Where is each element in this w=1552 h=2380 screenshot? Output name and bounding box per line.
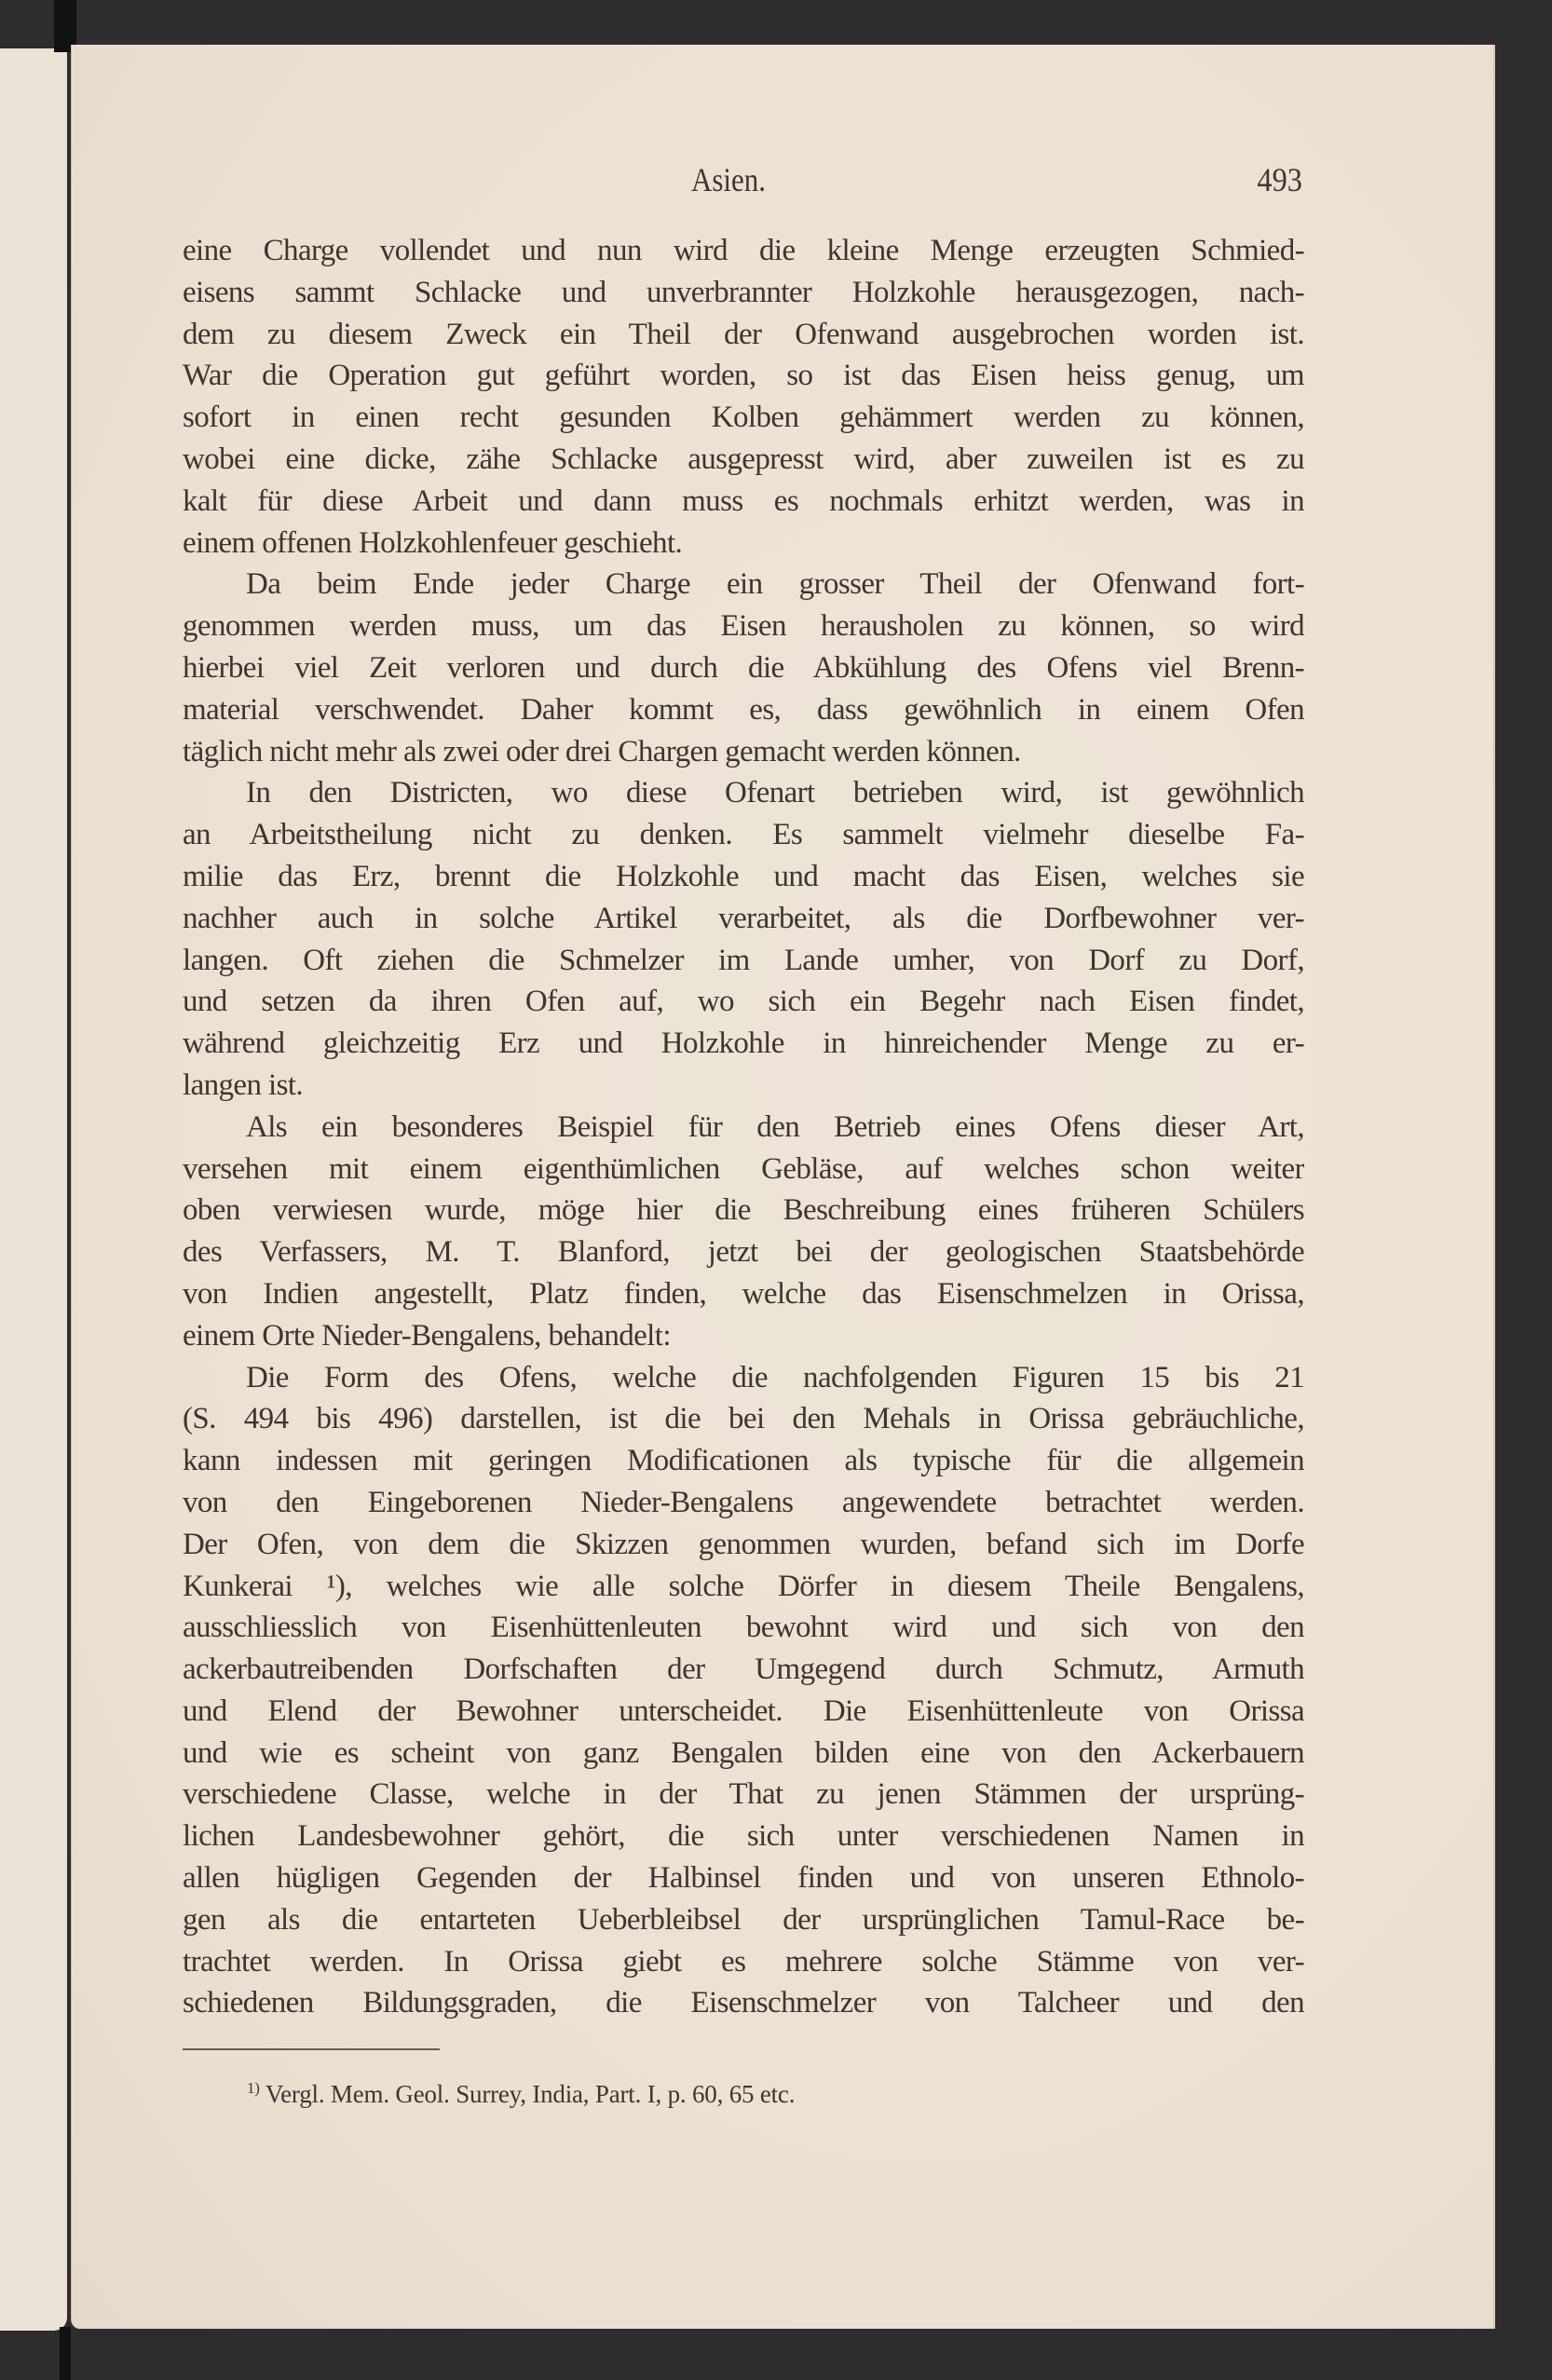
text-line: von Indien angestellt, Platz finden, wel… — [183, 1273, 1304, 1315]
text-line: an Arbeitstheilung nicht zu denken. Es s… — [183, 814, 1304, 856]
text-line: während gleichzeitig Erz und Holzkohle i… — [183, 1023, 1304, 1065]
text-line: eine Charge vollendet und nun wird die k… — [183, 230, 1304, 272]
text-line: lichen Landesbewohner gehört, die sich u… — [183, 1816, 1304, 1857]
text-line: nachher auch in solche Artikel verarbeit… — [183, 898, 1304, 940]
text-line: ausschliesslich von Eisenhüttenleuten be… — [183, 1607, 1304, 1649]
text-line: milie das Erz, brennt die Holzkohle und … — [183, 856, 1304, 898]
footnote: 1) Vergl. Mem. Geol. Surrey, India, Part… — [247, 2072, 795, 2111]
text-line: Der Ofen, von dem die Skizzen genommen w… — [183, 1524, 1304, 1566]
text-line: von den Eingeborenen Nieder-Bengalens an… — [183, 1482, 1304, 1524]
text-line: material verschwendet. Daher kommt es, d… — [183, 689, 1304, 731]
text-line: Kunkerai ¹), welches wie alle solche Dör… — [183, 1566, 1304, 1608]
text-line: und Elend der Bewohner unterscheidet. Di… — [183, 1691, 1304, 1733]
book-spine-bottom — [60, 2327, 71, 2380]
text-line: Als ein besonderes Beispiel für den Betr… — [183, 1107, 1304, 1149]
text-line: und wie es scheint von ganz Bengalen bil… — [183, 1733, 1304, 1775]
footnote-marker: 1) — [247, 2079, 260, 2097]
text-line: dem zu diesem Zweck ein Theil der Ofenwa… — [183, 314, 1304, 356]
text-line: allen hügligen Gegenden der Halbinsel fi… — [183, 1857, 1304, 1899]
text-line: kann indessen mit geringen Modificatione… — [183, 1440, 1304, 1482]
text-line: kalt für diese Arbeit und dann muss es n… — [183, 481, 1304, 523]
text-line: langen ist. — [183, 1065, 1304, 1107]
text-line: War die Operation gut geführt worden, so… — [183, 355, 1304, 397]
text-line: oben verwiesen wurde, möge hier die Besc… — [183, 1190, 1304, 1231]
text-line: einem offenen Holzkohlenfeuer geschieht. — [183, 523, 1304, 564]
text-line: Die Form des Ofens, welche die nachfolge… — [183, 1357, 1304, 1399]
text-line: gen als die entarteten Ueberbleibsel der… — [183, 1899, 1304, 1941]
text-line: langen. Oft ziehen die Schmelzer im Land… — [183, 940, 1304, 982]
text-line: In den Districten, wo diese Ofenart betr… — [183, 772, 1304, 814]
text-line: wobei eine dicke, zähe Schlacke ausgepre… — [183, 439, 1304, 481]
text-line: genommen werden muss, um das Eisen herau… — [183, 605, 1304, 647]
text-line: trachtet werden. In Orissa giebt es mehr… — [183, 1941, 1304, 1983]
text-line: schiedenen Bildungsgraden, die Eisenschm… — [183, 1982, 1304, 2024]
footnote-text: Vergl. Mem. Geol. Surrey, India, Part. I… — [265, 2080, 795, 2108]
page-number: 493 — [1257, 160, 1302, 199]
running-head-title: Asien. — [691, 160, 766, 199]
text-line: täglich nicht mehr als zwei oder drei Ch… — [183, 731, 1304, 773]
text-line: hierbei viel Zeit verloren und durch die… — [183, 647, 1304, 689]
running-head: Asien. 493 — [183, 160, 1302, 207]
body-text: eine Charge vollendet und nun wird die k… — [183, 230, 1304, 2024]
text-line: eisens sammt Schlacke und unverbrannter … — [183, 272, 1304, 314]
text-line: (S. 494 bis 496) darstellen, ist die bei… — [183, 1398, 1304, 1440]
text-line: einem Orte Nieder-Bengalens, behandelt: — [183, 1315, 1304, 1357]
footnote-rule — [183, 2048, 440, 2050]
text-line: verschiedene Classe, welche in der That … — [183, 1774, 1304, 1816]
text-line: Da beim Ende jeder Charge ein grosser Th… — [183, 564, 1304, 605]
text-line: und setzen da ihren Ofen auf, wo sich ei… — [183, 981, 1304, 1023]
facing-page-edge — [0, 48, 67, 2331]
text-line: ackerbautreibenden Dorfschaften der Umge… — [183, 1649, 1304, 1691]
text-line: sofort in einen recht gesunden Kolben ge… — [183, 397, 1304, 439]
text-line: des Verfassers, M. T. Blanford, jetzt be… — [183, 1231, 1304, 1273]
text-line: versehen mit einem eigenthümlichen Geblä… — [183, 1149, 1304, 1190]
